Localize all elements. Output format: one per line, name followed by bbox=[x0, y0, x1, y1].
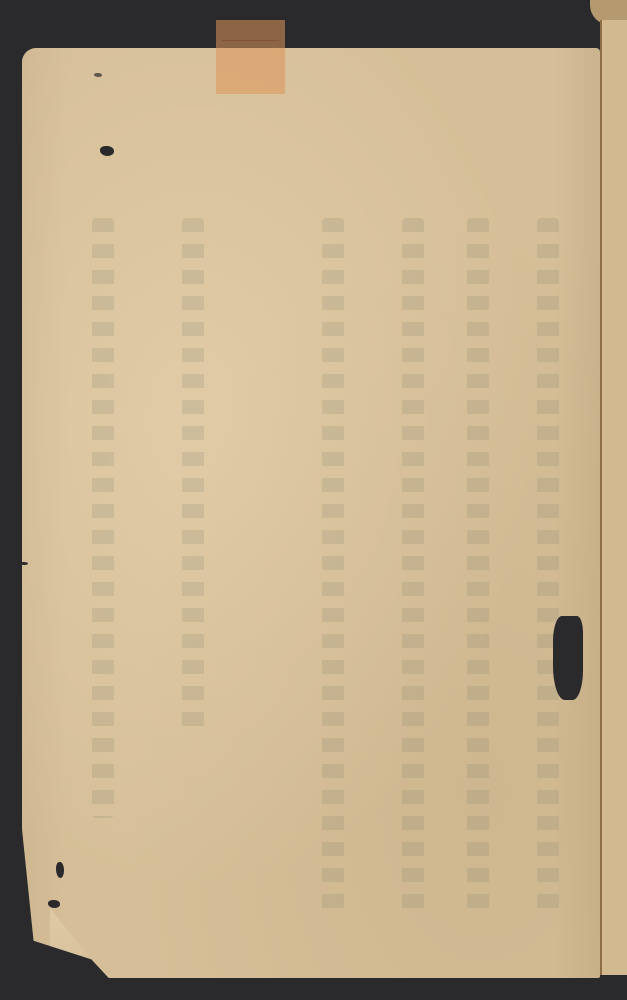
bleed-through-text-column bbox=[322, 218, 344, 918]
bleed-through-text-column bbox=[537, 218, 559, 918]
worm-hole bbox=[100, 146, 114, 156]
bleed-through-text-column bbox=[92, 218, 114, 818]
stamp-line bbox=[222, 26, 279, 41]
bleed-through-text-column bbox=[402, 218, 424, 918]
scanned-page bbox=[0, 0, 627, 1000]
worm-hole bbox=[553, 616, 583, 700]
worm-hole bbox=[94, 73, 102, 77]
library-stamp bbox=[216, 20, 285, 94]
bleed-through-text-column bbox=[467, 218, 489, 918]
folded-corner bbox=[50, 908, 130, 1000]
edge-nick bbox=[20, 562, 28, 565]
worm-hole bbox=[48, 900, 60, 908]
paper-page bbox=[22, 48, 600, 978]
bleed-through-text-column bbox=[182, 218, 204, 738]
worm-hole bbox=[56, 862, 64, 878]
adjacent-page-edge bbox=[600, 20, 627, 975]
